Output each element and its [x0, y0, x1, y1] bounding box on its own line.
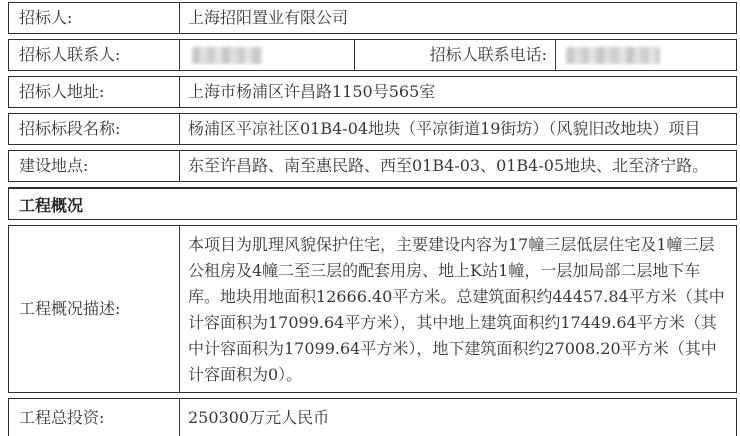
construction-location-row: 建设地点: 东至许昌路、南至惠民路、西至01B4-03、01B4-05地块、北至…	[8, 150, 737, 182]
contact-phone-label: 招标人联系电话:	[354, 40, 555, 70]
tender-section-name-row: 招标标段名称: 杨浦区平凉社区01B4-04地块（平凉街道19街坊）（风貌旧改地…	[8, 113, 737, 145]
address-label: 招标人地址:	[9, 77, 179, 107]
tender-info-table: 招标人: 上海招阳置业有限公司 招标人联系人: 招标人联系电话: 招标人地址: …	[0, 0, 740, 436]
total-investment-value: 250300万元人民币	[179, 399, 736, 436]
address-value: 上海市杨浦区许昌路1150号565室	[179, 77, 736, 107]
contacts-row: 招标人联系人: 招标人联系电话:	[8, 39, 737, 71]
total-investment-row: 工程总投资: 250300万元人民币	[8, 398, 737, 436]
redacted-contact-phone	[566, 47, 660, 64]
tender-section-name-value: 杨浦区平凉社区01B4-04地块（平凉街道19街坊）（风貌旧改地块）项目	[179, 114, 736, 144]
construction-location-value: 东至许昌路、南至惠民路、西至01B4-03、01B4-05地块、北至济宁路。	[179, 151, 736, 181]
contact-phone-value	[555, 40, 736, 70]
bidder-row: 招标人: 上海招阳置业有限公司	[8, 2, 737, 34]
bidder-value: 上海招阳置业有限公司	[179, 3, 736, 33]
redacted-contact-name	[192, 47, 262, 64]
total-investment-label: 工程总投资:	[9, 399, 179, 436]
contact-person-label: 招标人联系人:	[9, 40, 179, 70]
address-row: 招标人地址: 上海市杨浦区许昌路1150号565室	[8, 76, 737, 108]
project-overview-row: 工程概况描述: 本项目为肌理风貌保护住宅，主要建设内容为17幢三层低层住宅及1幢…	[8, 225, 737, 393]
project-overview-label: 工程概况描述:	[9, 226, 179, 392]
bidder-label: 招标人:	[9, 3, 179, 33]
tender-section-name-label: 招标标段名称:	[9, 114, 179, 144]
construction-location-label: 建设地点:	[9, 151, 179, 181]
contact-person-value	[179, 40, 354, 70]
project-overview-section-header: 工程概况	[8, 187, 737, 220]
project-overview-value: 本项目为肌理风貌保护住宅，主要建设内容为17幢三层低层住宅及1幢三层公租房及4幢…	[179, 226, 736, 392]
